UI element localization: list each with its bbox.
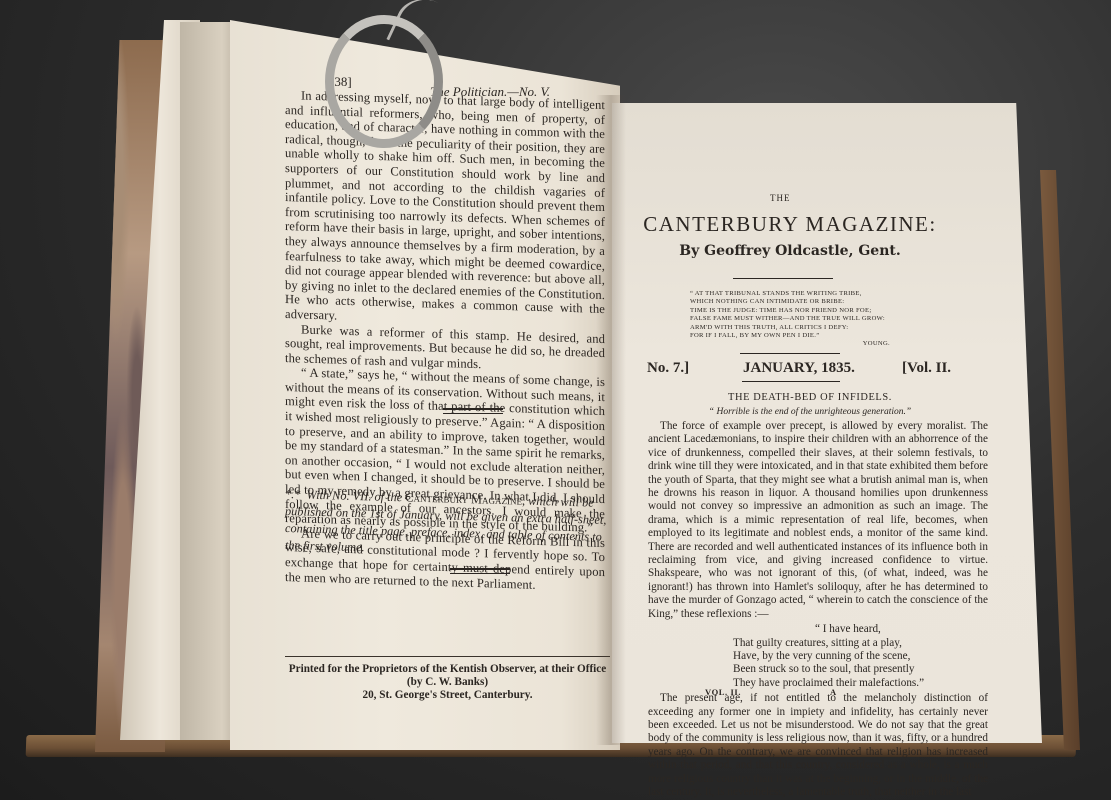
epigraph-line: “ AT THAT TRIBUNAL STANDS THE WRITING TR… bbox=[690, 290, 920, 298]
masthead-byline: By Geoffrey Oldcastle, Gent. bbox=[640, 243, 940, 259]
book-right-board-edge bbox=[1040, 170, 1080, 750]
page-footer: VOL. II. A bbox=[705, 687, 935, 697]
article-title: THE DEATH-BED OF INFIDELS. bbox=[660, 392, 960, 403]
verse-quotation: “ I have heard, That guilty creatures, s… bbox=[648, 623, 988, 690]
epigraph-line: WHICH NOTHING CAN INTIMIDATE OR BRIBE: bbox=[690, 298, 920, 306]
paragraph: The present age, if not entitled to the … bbox=[648, 692, 988, 799]
verse-line: “ I have heard, bbox=[733, 623, 988, 636]
paragraph: The force of example over precept, is al… bbox=[648, 420, 988, 621]
masthead-the: THE bbox=[770, 193, 791, 203]
ring-bookmark bbox=[325, 15, 443, 148]
publication-notice: *.* With No. VII. of the Canterbury Maga… bbox=[285, 486, 610, 563]
footer-signature: A bbox=[830, 687, 837, 697]
right-page-body: The force of example over precept, is al… bbox=[648, 420, 988, 799]
notice-magazine-name: Canterbury Magazine, bbox=[405, 490, 525, 507]
epigraph-line: TIME IS THE JUDGE: TIME HAS NOR FRIEND N… bbox=[690, 307, 920, 315]
verse-line: Been struck so to the soul, that present… bbox=[733, 663, 988, 676]
masthead-epigraph: “ AT THAT TRIBUNAL STANDS THE WRITING TR… bbox=[690, 290, 920, 349]
notice-text-before: With No. VII. of the bbox=[307, 488, 403, 505]
masthead-title: CANTERBURY MAGAZINE: bbox=[640, 212, 940, 237]
epigraph-line: FOR IF I FALL, BY MY OWN PEN I DIE.” bbox=[690, 332, 920, 340]
issue-volume: [Vol. II. bbox=[902, 360, 951, 377]
issue-date: JANUARY, 1835. bbox=[743, 360, 855, 377]
section-divider bbox=[450, 568, 510, 574]
footer-volume: VOL. II. bbox=[705, 687, 741, 697]
masthead-rule bbox=[733, 278, 833, 279]
epigraph-line: FALSE FAME MUST WITHER—AND THE TRUE WILL… bbox=[690, 315, 920, 323]
verse-line: Have, by the very cunning of the scene, bbox=[733, 650, 988, 663]
article-epigraph: “ Horrible is the end of the unrighteous… bbox=[660, 407, 960, 417]
printer-imprint: Printed for the Proprietors of the Kenti… bbox=[285, 663, 610, 702]
imprint-rule bbox=[285, 656, 610, 657]
imprint-line-1: Printed for the Proprietors of the Kenti… bbox=[285, 663, 610, 689]
notice-mark: *.* bbox=[285, 487, 300, 501]
photo-stage: [38] The Politician.—No. V. In addressin… bbox=[0, 0, 1111, 800]
section-divider bbox=[443, 408, 503, 414]
spine-gutter-shadow bbox=[596, 95, 626, 745]
paragraph: In addressing myself, now, to that large… bbox=[285, 88, 605, 332]
verse-line: That guilty creatures, sitting at a play… bbox=[733, 637, 988, 650]
issue-number: No. 7.] bbox=[647, 360, 689, 377]
issue-rule-bottom bbox=[742, 381, 840, 382]
epigraph-line: ARM'D WITH THIS TRUTH, ALL CRITICS I DEF… bbox=[690, 324, 920, 332]
imprint-line-2: 20, St. George's Street, Canterbury. bbox=[285, 689, 610, 702]
epigraph-attribution: YOUNG. bbox=[690, 340, 920, 348]
issue-rule-top bbox=[740, 353, 840, 354]
